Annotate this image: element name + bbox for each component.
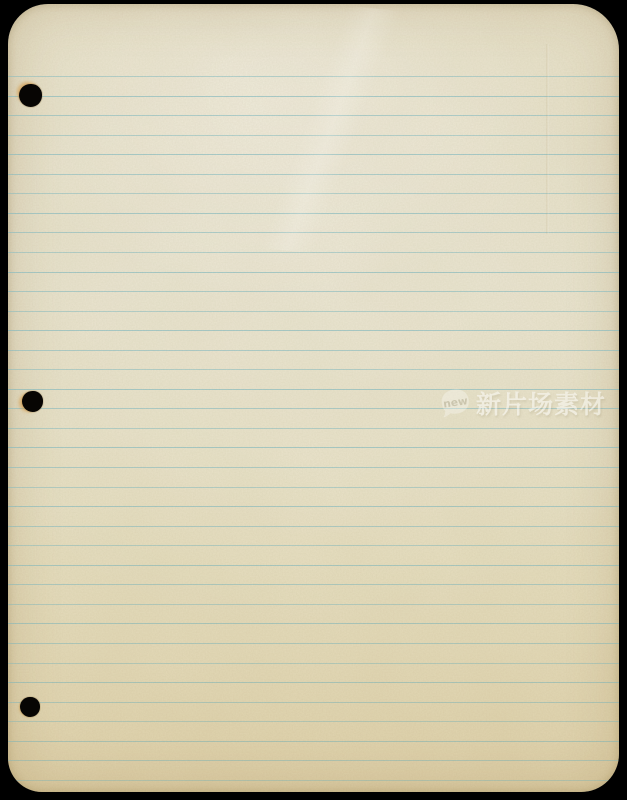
ruled-line [8, 115, 619, 116]
ruled-line [8, 96, 619, 97]
ruled-line [8, 604, 619, 605]
ruled-line [8, 721, 619, 722]
ruled-line [8, 174, 619, 175]
ruled-line [8, 291, 619, 292]
ruled-line [8, 545, 619, 546]
ruled-line [8, 135, 619, 136]
ruled-line [8, 526, 619, 527]
ruled-line [8, 311, 619, 312]
ruled-line [8, 760, 619, 761]
ruled-line [8, 663, 619, 664]
binder-hole-bottom [20, 697, 40, 717]
binder-hole-top [19, 84, 42, 107]
binder-hole-middle [22, 391, 43, 412]
ruled-line [8, 428, 619, 429]
ruled-line [8, 350, 619, 351]
ruled-line [8, 506, 619, 507]
photo-backdrop: new 新片场素材 [0, 0, 627, 800]
ruled-line [8, 330, 619, 331]
ruled-line [8, 389, 619, 390]
ruled-line [8, 467, 619, 468]
ruled-line [8, 682, 619, 683]
ruled-line [8, 741, 619, 742]
ruled-line [8, 154, 619, 155]
ruled-line [8, 780, 619, 781]
ruled-line [8, 447, 619, 448]
ruled-line [8, 232, 619, 233]
ruled-line [8, 252, 619, 253]
ruled-line [8, 565, 619, 566]
ruled-line [8, 272, 619, 273]
ruled-line [8, 213, 619, 214]
ruled-line [8, 193, 619, 194]
ruled-line [8, 369, 619, 370]
ruled-line [8, 702, 619, 703]
ruled-line [8, 76, 619, 77]
ruled-line [8, 408, 619, 409]
ruled-line [8, 623, 619, 624]
ruled-line [8, 643, 619, 644]
ruled-line [8, 584, 619, 585]
notebook-paper-sheet: new 新片场素材 [8, 4, 619, 792]
ruled-line [8, 487, 619, 488]
ruled-lines [8, 4, 619, 792]
